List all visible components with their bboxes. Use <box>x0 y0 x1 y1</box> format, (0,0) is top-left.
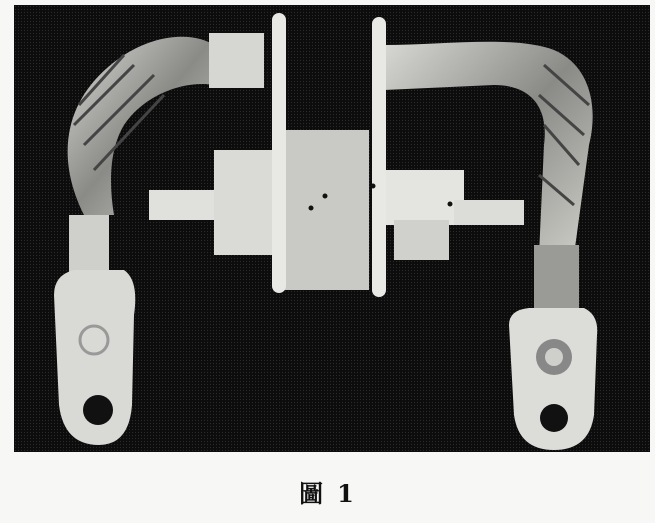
figure-photo <box>14 5 650 452</box>
left-disc <box>272 13 286 293</box>
right-disc <box>372 17 386 297</box>
caption-number: 1 <box>337 479 356 508</box>
caption-label: 圖 <box>299 479 325 508</box>
figure-caption: 圖1 <box>0 474 655 509</box>
component-illustration <box>14 5 650 452</box>
